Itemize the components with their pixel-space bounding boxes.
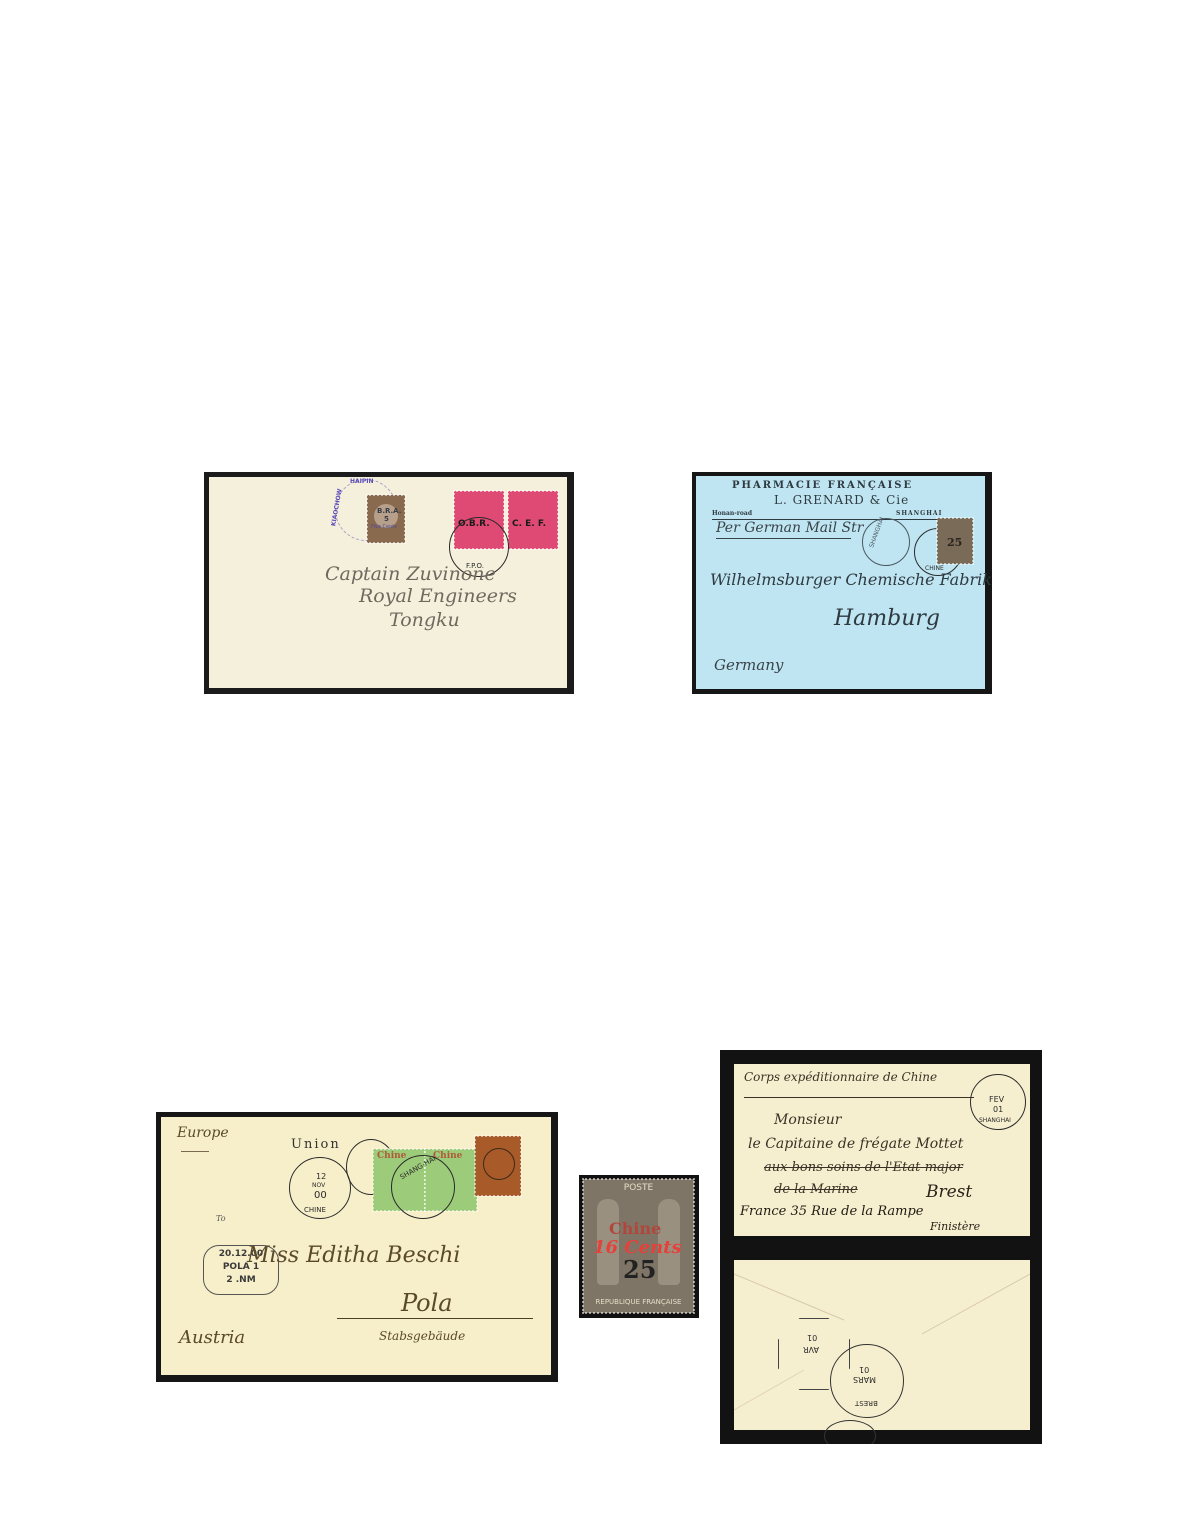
postmark-shanghai-on-stamps: SHANG-HAI xyxy=(391,1155,455,1219)
address-rule xyxy=(337,1318,533,1319)
address-line: Tongku xyxy=(389,609,460,631)
mourning-cover-front-and-back: Corps expéditionnaire de Chine FEV 01 SH… xyxy=(720,1050,1042,1444)
header-rule xyxy=(744,1097,974,1098)
mourning-cover-back: AVR 01 MARS 01 BREST xyxy=(734,1260,1030,1430)
stamp-bottom-label: REPUBLIQUE FRANÇAISE xyxy=(583,1298,694,1306)
to-label: To xyxy=(216,1214,226,1223)
envelope-paper: HAIPIN KIAOCHOW B.R.A. 5 Five Cents O.B.… xyxy=(209,477,567,688)
address-line: Royal Engineers xyxy=(359,585,517,607)
overprint-chine: Chine xyxy=(609,1219,661,1238)
destination-country: Austria xyxy=(179,1327,245,1348)
mourning-cover-front: Corps expéditionnaire de Chine FEV 01 SH… xyxy=(734,1064,1030,1236)
address-line: le Capitaine de frégate Mottet xyxy=(748,1136,963,1152)
address-line: Germany xyxy=(714,656,783,674)
address-building: Stabsgebäude xyxy=(379,1329,465,1343)
letterhead-city: SHANGHAI xyxy=(896,510,942,517)
postmark-shanghai: SHANGHAI xyxy=(862,518,910,566)
printed-union: Union xyxy=(291,1137,341,1152)
postmark-brest: MARS 01 BREST xyxy=(830,1344,904,1418)
address-city: Brest xyxy=(926,1182,972,1202)
stamp-sage-25c: 25 xyxy=(937,518,973,564)
letterhead-street: Honan-road xyxy=(712,510,752,517)
envelope-paper: PHARMACIE FRANÇAISE L. GRENARD & Cie Hon… xyxy=(696,476,985,689)
address-line: Captain Zuvinone xyxy=(325,563,496,585)
letterhead-title: PHARMACIE FRANÇAISE xyxy=(732,480,913,491)
letterhead-firm: L. GRENARD & Cie xyxy=(774,493,909,507)
address-line: Monsieur xyxy=(774,1112,841,1128)
routing-instruction: Per German Mail Str xyxy=(716,520,863,536)
cover-obr-cef: HAIPIN KIAOCHOW B.R.A. 5 Five Cents O.B.… xyxy=(204,472,574,694)
postmark-corps-armee-shanghai: FEV 01 SHANGHAI xyxy=(970,1074,1026,1130)
military-header: Corps expéditionnaire de Chine xyxy=(744,1070,937,1084)
postmark-partial-bottom xyxy=(824,1420,876,1444)
routing-underline xyxy=(716,538,851,539)
underline xyxy=(181,1151,209,1152)
cover-pharmacie-francaise: PHARMACIE FRANÇAISE L. GRENARD & Cie Hon… xyxy=(692,472,992,694)
overprint-cents: 16 Cents xyxy=(593,1237,682,1258)
stamp-dragon-brown xyxy=(475,1136,521,1196)
address-line: Hamburg xyxy=(834,606,940,631)
stamp-value: 25 xyxy=(623,1255,656,1284)
stamp-chine-16-cents: POSTE 25 Chine 16 Cents REPUBLIQUE FRANÇ… xyxy=(579,1175,699,1318)
address-line: aux bons soins de l'Etat-major xyxy=(764,1160,963,1175)
address-line: Miss Editha Beschi xyxy=(247,1243,460,1268)
address-line: Wilhelmsburger Chemische Fabrik xyxy=(710,570,992,589)
stamp-top-label: POSTE xyxy=(583,1183,694,1193)
address-redirect: France 35 Rue de la Rampe xyxy=(740,1204,924,1219)
address-line: Pola xyxy=(401,1289,453,1317)
address-line: de la Marine xyxy=(774,1182,858,1197)
postcard-to-pola: Europe Union To 12 NOV 00 CHINE Chine Ch… xyxy=(156,1112,558,1382)
stamp-india-red-cef: C. E. F. xyxy=(508,491,558,549)
postcard-paper: Europe Union To 12 NOV 00 CHINE Chine Ch… xyxy=(161,1117,551,1375)
stamp-face: POSTE 25 Chine 16 Cents REPUBLIQUE FRANÇ… xyxy=(583,1179,694,1313)
stamp-dragon-brown: B.R.A. 5 Five Cents xyxy=(367,495,405,543)
postmark-shanghai-chine: 12 NOV 00 CHINE xyxy=(289,1157,351,1219)
destination-region: Europe xyxy=(177,1125,229,1141)
address-department: Finistère xyxy=(930,1220,980,1233)
